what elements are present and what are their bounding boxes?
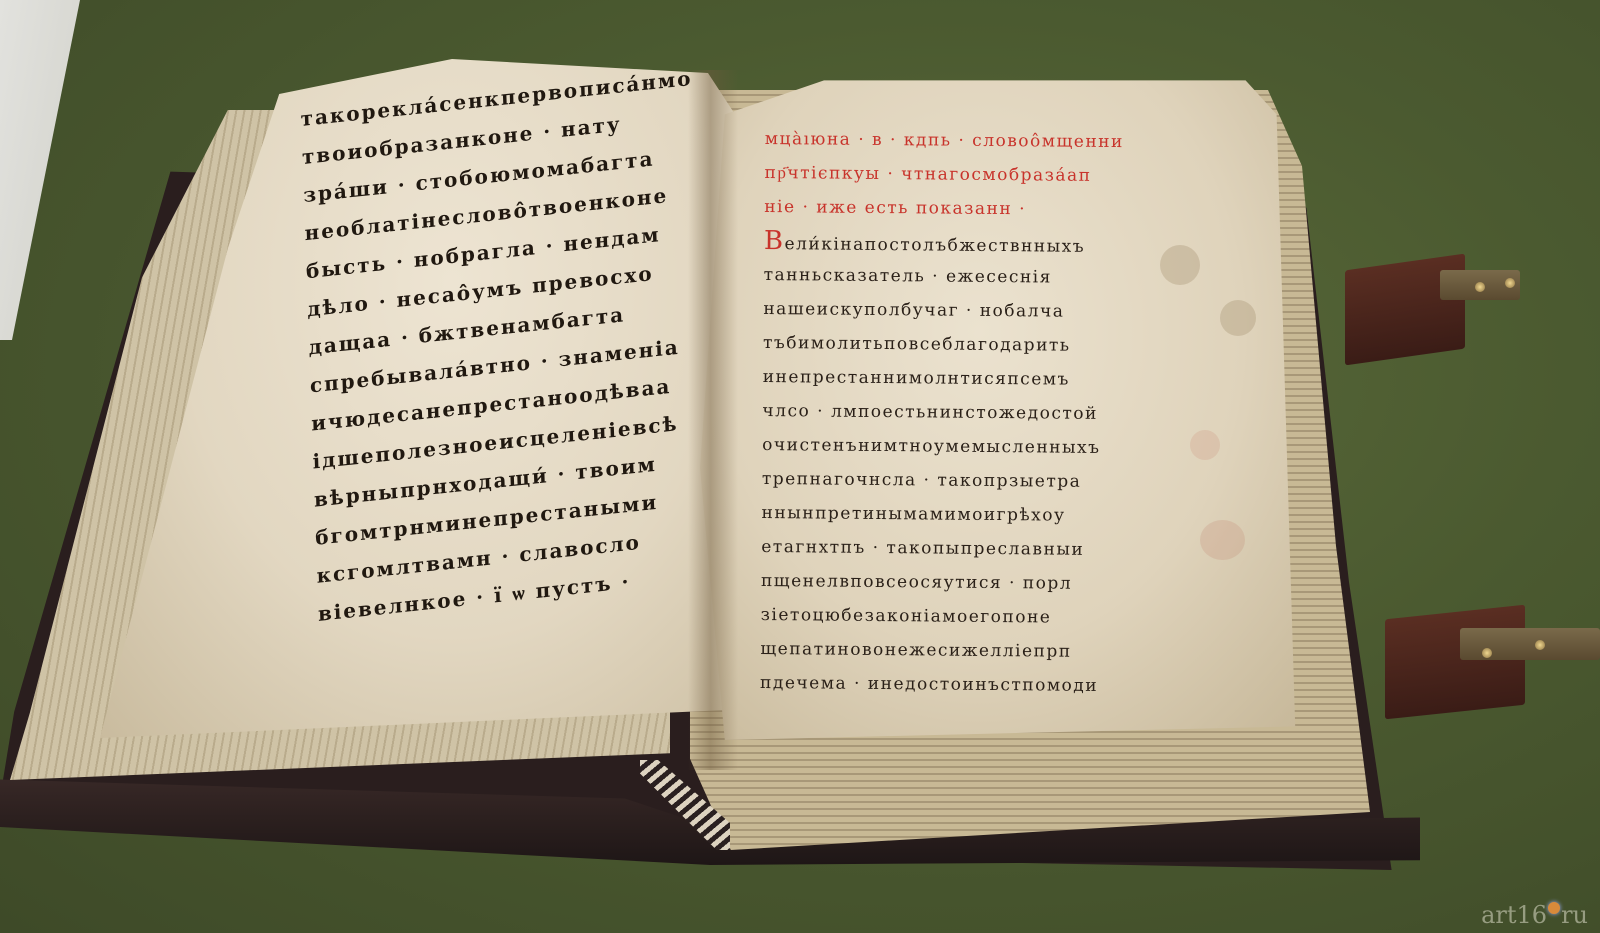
watermark-dot-icon xyxy=(1548,902,1560,914)
manuscript-line: пдечема · инедостоинъстпомоди xyxy=(760,666,1220,704)
page-stain xyxy=(1220,300,1256,336)
manuscript-line: ннынпретинымамимоигрѣхоу xyxy=(761,496,1221,534)
manuscript-line: тъбимолитьповсеблагодарить xyxy=(763,326,1223,364)
red-initial-letter: В xyxy=(764,226,785,256)
left-page-text: такорекла́сенкпервописа́нмо твоиобразанк… xyxy=(300,56,736,633)
lower-clasp-rivet xyxy=(1535,640,1545,650)
manuscript-line: трепнагочнсла · такопрзыетра xyxy=(762,462,1222,500)
lower-clasp-plate xyxy=(1460,628,1600,660)
right-page-text: мца̀ıюна · в · кдпь · словоо̂мщенни пр҃ч… xyxy=(760,122,1225,704)
lower-clasp-strap xyxy=(1385,605,1525,720)
rubric-line: мца̀ıюна · в · кдпь · словоо̂мщенни xyxy=(765,122,1225,160)
rubric-line: ніе · иже есть показанн · xyxy=(764,190,1224,228)
lower-clasp-rivet xyxy=(1482,648,1492,658)
manuscript-line: етагнхтпъ · такопыпреславныи xyxy=(761,530,1221,568)
manuscript-line: нашеискуполбучаг · нобалча xyxy=(763,292,1223,330)
watermark: art16ru xyxy=(1481,901,1588,929)
manuscript-line: пщенелвповсеосяутися · порл xyxy=(761,564,1221,602)
manuscript-line: танньсказатель · ежесеснія xyxy=(764,258,1224,296)
manuscript-line: инепрестаннимолнтисяпсемъ xyxy=(763,360,1223,398)
manuscript-line: очистенънимтноумемысленныхъ xyxy=(762,428,1222,466)
watermark-text: art16 xyxy=(1481,901,1547,929)
manuscript-line: зіетоцюбезаконіамоегопоне xyxy=(761,598,1221,636)
rubric-line: пр҃чтієпкуы · чтнагосмобраза́ап xyxy=(764,156,1224,194)
watermark-text: ru xyxy=(1561,901,1588,929)
upper-clasp-rivet xyxy=(1475,282,1485,292)
manuscript-line: Вели́кінапостолъбжествнныхъ xyxy=(764,224,1224,262)
manuscript-line-text: ели́кінапостолъбжествнныхъ xyxy=(784,234,1085,257)
manuscript-line: щепатиновонежесижелліепрп xyxy=(760,632,1220,670)
upper-clasp-rivet xyxy=(1505,278,1515,288)
manuscript-line: члсо · лмпоестьнинстожедостой xyxy=(762,394,1222,432)
